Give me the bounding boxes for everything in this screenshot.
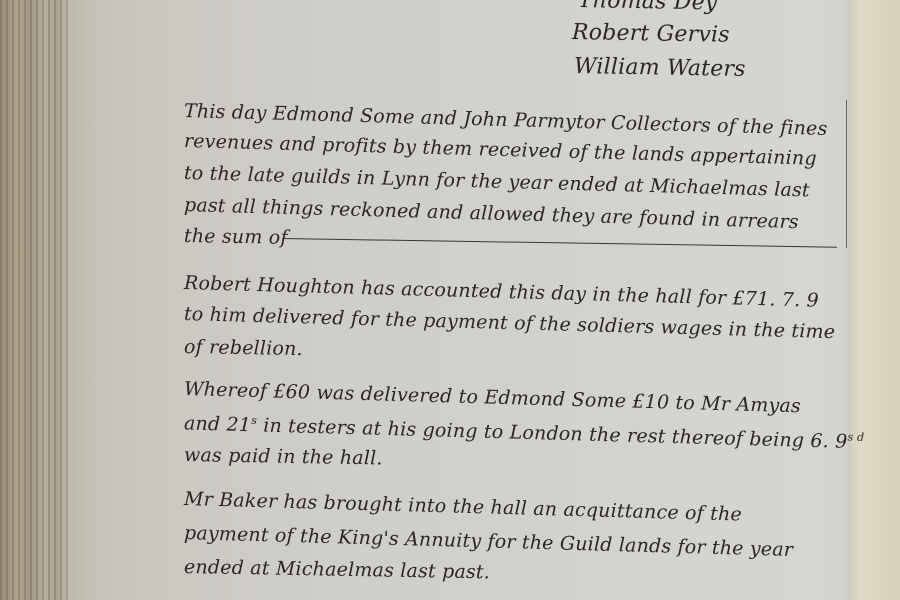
signature-william-waters: William Waters	[574, 54, 746, 82]
signature-thomas-dey: Thomas Dey	[578, 0, 718, 15]
margin-bracket-line	[846, 100, 847, 248]
entry-text: and 21	[184, 412, 252, 436]
entry-line: of rebellion.	[184, 336, 303, 360]
entry-line: was paid in the hall.	[184, 444, 383, 469]
shillings-superscript: s	[251, 414, 257, 427]
signature-robert-gervis: Robert Gervis	[572, 20, 730, 48]
entry-line: the sum of	[184, 225, 288, 249]
pence-superscript: s d	[847, 431, 864, 444]
facing-page-edge	[850, 0, 900, 600]
stacked-page-edges	[0, 0, 70, 600]
